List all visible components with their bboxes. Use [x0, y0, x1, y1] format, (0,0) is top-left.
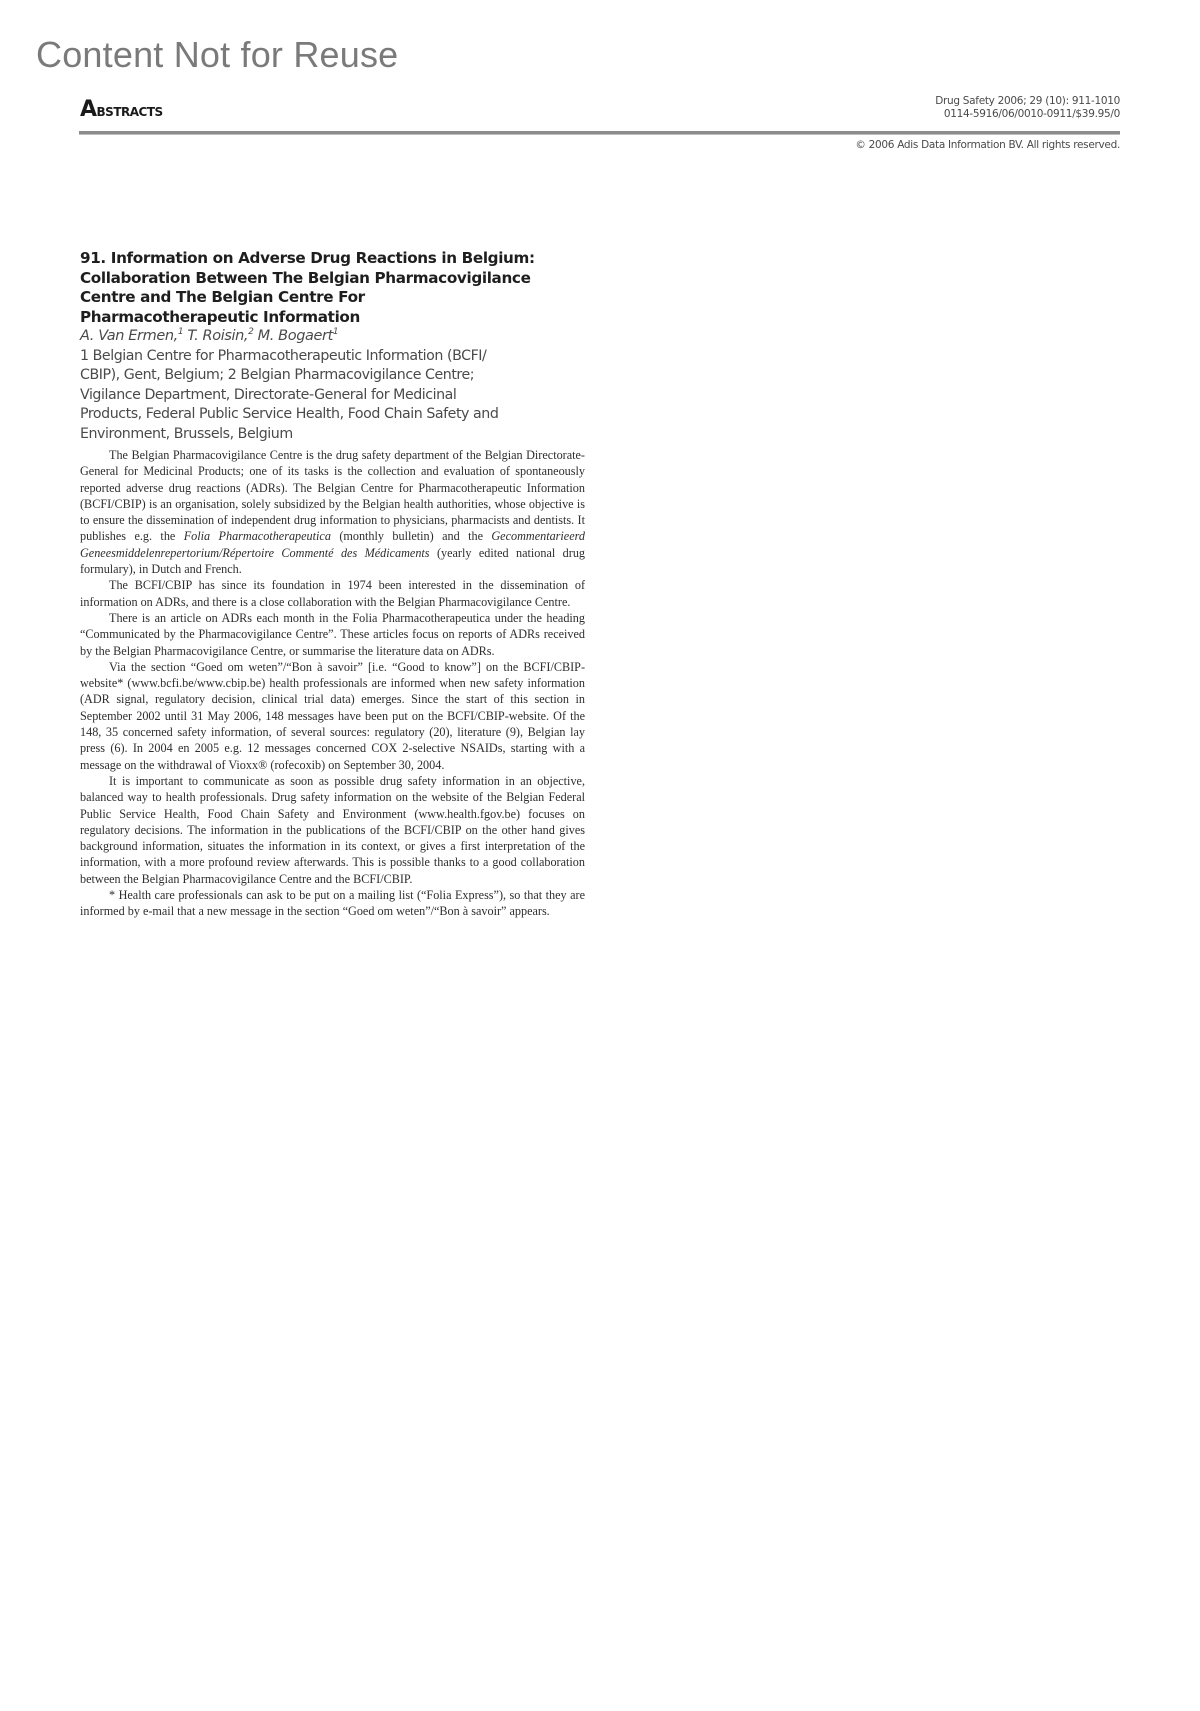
affiliation-line: Vigilance Department, Directorate-Genera…	[80, 386, 585, 406]
copyright-notice: © 2006 Adis Data Information BV. All rig…	[855, 139, 1120, 151]
paragraph-articles: There is an article on ADRs each month i…	[80, 610, 585, 659]
header-rule	[79, 131, 1120, 135]
journal-citation: Drug Safety 2006; 29 (10): 911-1010	[935, 95, 1120, 108]
section-label-rest: bstracts	[97, 101, 163, 121]
title-line: 91. Information on Adverse Drug Reaction…	[80, 249, 585, 269]
abstract: 91. Information on Adverse Drug Reaction…	[80, 249, 585, 920]
author-list: A. Van Ermen,1 T. Roisin,2 M. Bogaert1	[80, 327, 585, 347]
abstract-body: The Belgian Pharmacovigilance Centre is …	[80, 447, 585, 920]
watermark-text: Content Not for Reuse	[36, 34, 398, 76]
affiliation-line: Products, Federal Public Service Health,…	[80, 405, 585, 425]
section-label-initial: A	[80, 97, 97, 122]
abstract-title: 91. Information on Adverse Drug Reaction…	[80, 249, 585, 327]
journal-info: Drug Safety 2006; 29 (10): 911-1010 0114…	[935, 95, 1120, 121]
affiliation-marker: 1	[333, 327, 338, 337]
paragraph-conclusion: It is important to communicate as soon a…	[80, 773, 585, 887]
title-line: Pharmacotherapeutic Information	[80, 308, 585, 328]
paragraph-history: The BCFI/CBIP has since its foundation i…	[80, 577, 585, 610]
affiliations: 1 Belgian Centre for Pharmacotherapeutic…	[80, 347, 585, 445]
paragraph-website: Via the section “Goed om weten”/“Bon à s…	[80, 659, 585, 773]
author-name: M. Bogaert	[253, 328, 332, 344]
affiliation-line: 1 Belgian Centre for Pharmacotherapeutic…	[80, 347, 585, 367]
paragraph-intro: The Belgian Pharmacovigilance Centre is …	[80, 447, 585, 577]
title-line: Collaboration Between The Belgian Pharma…	[80, 269, 585, 289]
author-name: A. Van Ermen,	[80, 328, 178, 344]
text-run: (monthly bulletin) and the	[331, 529, 491, 543]
title-line: Centre and The Belgian Centre For	[80, 288, 585, 308]
journal-name-folia: Folia Pharmacotherapeutica	[184, 529, 331, 543]
affiliation-line: CBIP), Gent, Belgium; 2 Belgian Pharmaco…	[80, 366, 585, 386]
affiliation-line: Environment, Brussels, Belgium	[80, 425, 585, 445]
issn-line: 0114-5916/06/0010-0911/$39.95/0	[935, 108, 1120, 121]
section-label: Abstracts	[80, 97, 163, 122]
footnote: * Health care professionals can ask to b…	[80, 887, 585, 920]
author-name: T. Roisin,	[183, 328, 248, 344]
